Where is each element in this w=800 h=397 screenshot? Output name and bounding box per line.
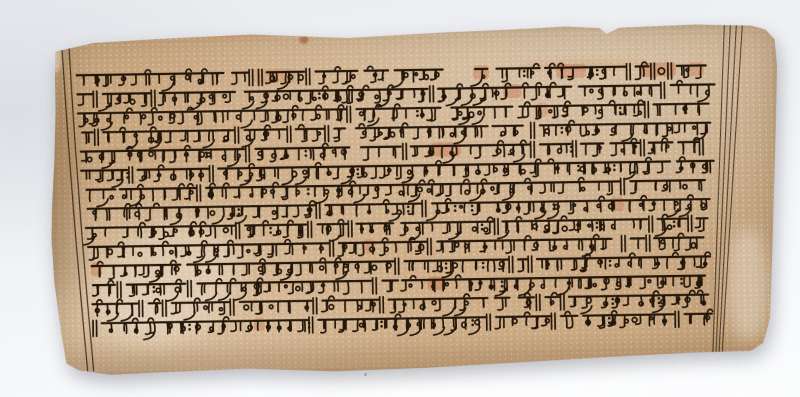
script-line-headstroke: [93, 276, 705, 286]
script-line-glyphs: [79, 99, 700, 130]
script-line-glyphs: [83, 214, 704, 245]
manuscript-folio: [47, 22, 782, 375]
left-margin-rule: [68, 39, 93, 371]
red-highlight-mark: [688, 62, 704, 76]
red-highlight-mark: [473, 65, 489, 79]
script-line-headstroke: [77, 65, 706, 75]
script-line-glyphs: [92, 271, 702, 302]
script-line-glyphs: [89, 176, 701, 207]
script-visarga-dots: [417, 108, 620, 116]
left-margin-rule: [61, 39, 87, 371]
manuscript-paper: [47, 22, 782, 375]
script-line-glyphs: [86, 157, 710, 188]
red-highlight-mark: [254, 317, 265, 331]
script-line-glyphs: [97, 252, 710, 283]
right-margin-rule: [707, 25, 729, 361]
script-line-glyphs: [82, 138, 704, 169]
manuscript-writing: [47, 22, 782, 375]
photo-background: [0, 0, 800, 397]
dust-speck: [364, 373, 367, 376]
script-line-glyphs: [83, 61, 701, 92]
script-line-glyphs: [93, 309, 713, 340]
